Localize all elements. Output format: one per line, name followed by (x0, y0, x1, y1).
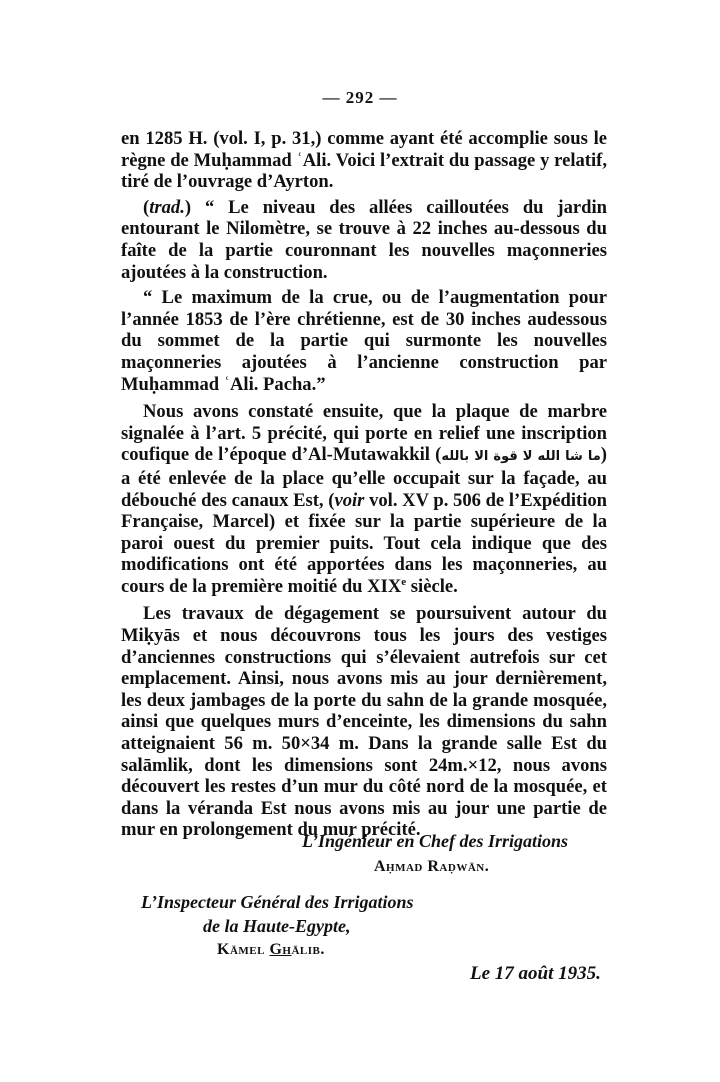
paragraph-2: (trad.) “ Le niveau des allées caillouté… (121, 197, 607, 283)
paragraph-4: Nous avons constaté ensuite, que la plaq… (121, 401, 607, 597)
signature-2-name-underlined: Gh (269, 941, 291, 958)
paragraph-1: en 1285 H. (vol. I, p. 31,) comme ayant … (121, 128, 607, 193)
signature-2-title: L’Inspecteur Général des Irrigations (141, 892, 414, 913)
trad-label: trad. (149, 197, 185, 218)
arabic-inscription: ما شا الله لا قوة الا بالله (441, 449, 600, 464)
signature-1-title: L’Ingénieur en Chef des Irrigations (302, 831, 568, 852)
paragraph-4-text-end: siècle. (406, 576, 458, 597)
signature-1-name: Aḥmad Raḍwān. (374, 858, 489, 876)
date-line: Le 17 août 1935. (470, 963, 601, 985)
paragraph-2-text: “ Le niveau des allées cailloutées du ja… (121, 197, 607, 283)
signature-2-name-first: Kāmel (217, 941, 269, 958)
paragraph-3: “ Le maximum de la crue, ou de l’augment… (121, 287, 607, 395)
page-number: — 292 — (0, 88, 720, 108)
paragraph-5: Les travaux de dégagement se poursuivent… (121, 603, 607, 841)
signature-2-subtitle: de la Haute-Egypte, (203, 916, 350, 937)
signature-2-name-rest: ālib. (291, 941, 324, 958)
voir-label: voir (334, 490, 364, 511)
signature-2-name: Kāmel Ghālib. (217, 941, 325, 959)
body-text: en 1285 H. (vol. I, p. 31,) comme ayant … (121, 128, 607, 841)
